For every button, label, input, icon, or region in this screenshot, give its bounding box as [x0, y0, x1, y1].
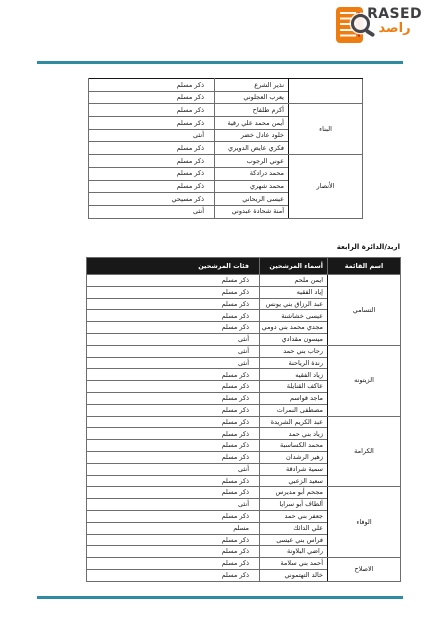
candidate-name-cell: رندة الرياحنة: [260, 357, 328, 369]
continued-candidates-table: نذير الشرعذكر مسلميعرب العجلونيذكر مسلما…: [88, 78, 363, 219]
list-name-cell: الاصلاح: [328, 558, 401, 582]
candidate-categories-header: فئات المرشحين: [87, 258, 260, 275]
candidate-category-cell: ذكر مسيحي: [89, 193, 215, 206]
logo-text: RASED راصد: [367, 7, 422, 36]
candidate-category-cell: ذكر مسلم: [87, 416, 260, 428]
district-section-title: اربد/الدائرة الرابعة: [337, 243, 400, 251]
candidate-category-cell: ذكر مسلم: [87, 451, 260, 463]
candidate-name-cell: يعرب العجلوني: [215, 91, 289, 104]
candidate-name-cell: راضي البلاونة: [260, 546, 328, 558]
candidate-category-cell: ذكر مسلم: [87, 475, 260, 487]
candidate-row: الأنصارعوني الرجوبذكر مسلم: [89, 155, 363, 168]
candidate-category-cell: ذكر مسلم: [89, 180, 215, 193]
candidate-name-cell: مجدي محمد بني دومي: [260, 322, 328, 334]
candidate-name-cell: محمد شهري: [215, 180, 289, 193]
list-name-cell: [289, 79, 363, 104]
candidate-name-cell: نذير الشرع: [215, 79, 289, 92]
candidate-category-cell: أنثى: [87, 333, 260, 345]
candidate-category-cell: أنثى: [89, 205, 215, 218]
candidate-name-cell: ألطاف أبو سرايا: [260, 499, 328, 511]
candidate-name-cell: سعيد الزعبي: [260, 475, 328, 487]
candidate-name-cell: ايمن ملحم: [260, 275, 328, 287]
candidate-name-cell: عبد الكريم الشريدة: [260, 416, 328, 428]
candidate-category-cell: ذكر مسلم: [87, 322, 260, 334]
candidate-category-cell: ذكر مسلم: [87, 381, 260, 393]
candidate-name-cell: عيسى الريحاني: [215, 193, 289, 206]
candidate-row: التساميايمن ملحمذكر مسلم: [87, 275, 401, 287]
candidate-name-cell: محمد درادكة: [215, 167, 289, 180]
report-page: { "brand": { "name_en": "RASED", "name_a…: [0, 0, 440, 623]
continued-candidates-table-wrap: نذير الشرعذكر مسلميعرب العجلونيذكر مسلما…: [88, 78, 363, 219]
candidate-names-header: أسماء المرشحين: [260, 258, 328, 275]
candidate-category-cell: ذكر مسلم: [87, 275, 260, 287]
candidate-name-cell: أحمد بني سلامة: [260, 558, 328, 570]
candidate-name-cell: أيمن محمد علي رقية: [215, 117, 289, 130]
footer-rule: [37, 596, 403, 599]
candidate-name-cell: عاكف القنايلة: [260, 381, 328, 393]
candidate-category-cell: ذكر مسلم: [87, 392, 260, 404]
candidate-name-cell: عبد الرزاق بني يونس: [260, 298, 328, 310]
candidate-category-cell: ذكر مسلم: [89, 104, 215, 117]
candidate-row: البناءأكرم طلفاحذكر مسلم: [89, 104, 363, 117]
candidate-name-cell: خلود عادل خضر: [215, 129, 289, 142]
candidate-category-cell: ذكر مسلم: [89, 91, 215, 104]
candidate-category-cell: ذكر مسلم: [89, 117, 215, 130]
candidate-category-cell: أنثى: [89, 129, 215, 142]
candidate-name-cell: جعفر بني حمد: [260, 510, 328, 522]
candidate-name-cell: إياد الفقيه: [260, 286, 328, 298]
candidate-category-cell: ذكر مسلم: [87, 569, 260, 581]
candidate-category-cell: ذكر مسلم: [87, 546, 260, 558]
candidate-category-cell: ذكر مسلم: [87, 298, 260, 310]
candidate-name-cell: سمية شرادقة: [260, 463, 328, 475]
magnifier-over-document-icon: [336, 7, 363, 43]
list-name-cell: البناء: [289, 104, 363, 155]
candidate-name-cell: زياد بني حمد: [260, 428, 328, 440]
candidate-name-cell: خالد التهتموني: [260, 569, 328, 581]
district4-candidates-table-wrap: اسم القائمةأسماء المرشحينفئات المرشحينال…: [86, 257, 401, 582]
list-name-cell: الوفاء: [328, 487, 401, 558]
candidate-category-cell: ذكر مسلم: [89, 155, 215, 168]
rased-logo: RASED راصد: [336, 7, 422, 43]
candidate-name-cell: محمد الكساسبة: [260, 440, 328, 452]
candidate-category-cell: ذكر مسلم: [87, 369, 260, 381]
candidate-name-cell: زياد الفقيه: [260, 369, 328, 381]
table-header-row: اسم القائمةأسماء المرشحينفئات المرشحين: [87, 258, 401, 275]
candidate-row: الكرامةعبد الكريم الشريدةذكر مسلم: [87, 416, 401, 428]
candidate-name-cell: عيسى خشاشنة: [260, 310, 328, 322]
candidate-category-cell: ذكر مسلم: [87, 286, 260, 298]
candidate-category-cell: ذكر مسلم: [87, 510, 260, 522]
candidate-name-cell: آمنة شحادة عبدوني: [215, 205, 289, 218]
candidate-name-cell: مصطفى النمرات: [260, 404, 328, 416]
list-name-cell: الأنصار: [289, 155, 363, 218]
candidate-row: الزيتونهرحاب بني حمدأنثى: [87, 345, 401, 357]
candidate-category-cell: أنثى: [87, 345, 260, 357]
candidate-name-cell: مجحم أبو مديرس: [260, 487, 328, 499]
candidate-row: الوفاءمجحم أبو مديرسذكر مسلم: [87, 487, 401, 499]
candidate-category-cell: ذكر مسلم: [87, 428, 260, 440]
brand-name-ar: راصد: [367, 22, 422, 36]
candidate-category-cell: ذكر مسلم: [87, 534, 260, 546]
candidate-row: الاصلاحأحمد بني سلامةذكر مسلم: [87, 558, 401, 570]
list-name-cell: التسامي: [328, 275, 401, 346]
candidate-name-cell: رحاب بني حمد: [260, 345, 328, 357]
candidate-name-cell: عوني الرجوب: [215, 155, 289, 168]
candidate-category-cell: ذكر مسلم: [87, 440, 260, 452]
candidate-category-cell: مسلم: [87, 522, 260, 534]
candidate-category-cell: ذكر مسلم: [87, 558, 260, 570]
candidate-category-cell: ذكر مسلم: [89, 167, 215, 180]
candidate-category-cell: أنثى: [87, 499, 260, 511]
candidate-name-cell: أكرم طلفاح: [215, 104, 289, 117]
district4-candidates-table: اسم القائمةأسماء المرشحينفئات المرشحينال…: [86, 257, 401, 582]
candidate-category-cell: ذكر مسلم: [87, 487, 260, 499]
candidate-category-cell: أنثى: [87, 463, 260, 475]
candidate-name-cell: ماجد قواسم: [260, 392, 328, 404]
list-name-header: اسم القائمة: [328, 258, 401, 275]
candidate-category-cell: ذكر مسلم: [89, 142, 215, 155]
candidate-category-cell: ذكر مسلم: [87, 310, 260, 322]
candidate-category-cell: أنثى: [87, 357, 260, 369]
candidate-category-cell: ذكر مسلم: [89, 79, 215, 92]
candidate-name-cell: زهير الرشدان: [260, 451, 328, 463]
candidate-category-cell: ذكر مسلم: [87, 404, 260, 416]
list-name-cell: الكرامة: [328, 416, 401, 487]
header-rule: [37, 61, 403, 64]
list-name-cell: الزيتونه: [328, 345, 401, 416]
candidate-name-cell: ميسون مقدادي: [260, 333, 328, 345]
brand-name-en: RASED: [367, 7, 422, 22]
candidate-name-cell: فكري عايض الدويري: [215, 142, 289, 155]
candidate-name-cell: علي الدائك: [260, 522, 328, 534]
candidate-row: نذير الشرعذكر مسلم: [89, 79, 363, 92]
candidate-name-cell: فراس بني عيسى: [260, 534, 328, 546]
